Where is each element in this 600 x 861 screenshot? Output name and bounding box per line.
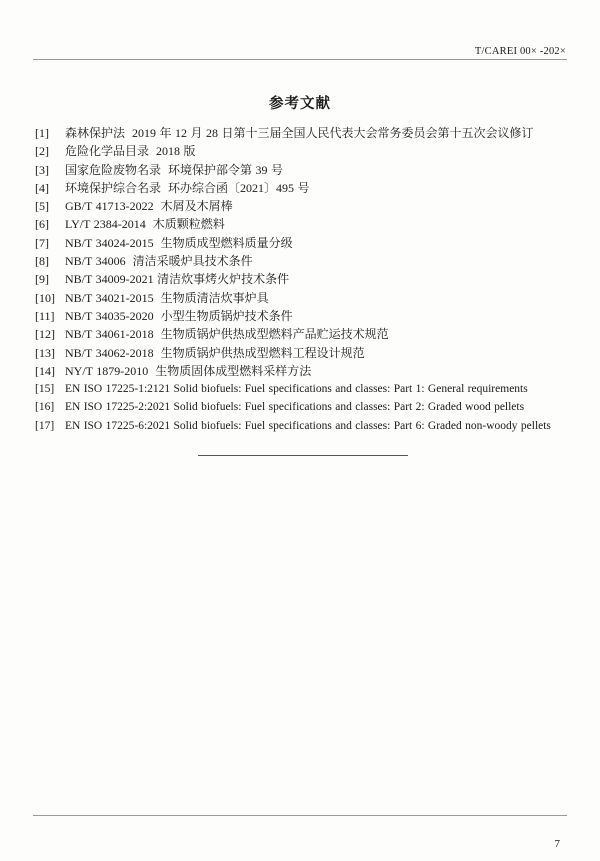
reference-text: EN ISO 17225-1:2121 Solid biofuels: Fuel… [65,383,528,395]
document-page: T/CAREI 00× -202× 参考文献 [1]森林保护法 2019 年 1… [0,0,600,861]
reference-item: [2]危险化学品目录 2018 版 [35,142,565,160]
page-title: 参考文献 [0,92,600,113]
reference-text: NB/T 34024-2015 生物质成型燃料质量分级 [65,236,293,250]
reference-item: [17]EN ISO 17225-6:2021 Solid biofuels: … [35,417,565,435]
reference-label: [2] [35,142,65,160]
reference-label: [15] [35,380,65,398]
reference-label: [7] [35,234,65,252]
reference-item: [11]NB/T 34035-2020 小型生物质锅炉技术条件 [35,307,565,325]
reference-text: NB/T 34006 清洁采暖炉具技术条件 [65,254,253,268]
reference-text: NY/T 1879-2010 生物质固体成型燃料采样方法 [65,364,311,378]
reference-item: [7]NB/T 34024-2015 生物质成型燃料质量分级 [35,234,565,252]
reference-item: [9]NB/T 34009-2021 清洁炊事烤火炉技术条件 [35,270,565,288]
reference-text: 森林保护法 2019 年 12 月 28 日第十三届全国人民代表大会常务委员会第… [65,126,534,140]
reference-item: [15]EN ISO 17225-1:2121 Solid biofuels: … [35,380,565,398]
reference-item: [1]森林保护法 2019 年 12 月 28 日第十三届全国人民代表大会常务委… [35,124,565,142]
reference-label: [12] [35,325,65,343]
reference-item: [10]NB/T 34021-2015 生物质清洁炊事炉具 [35,289,565,307]
footer-rule [33,815,567,816]
reference-list: [1]森林保护法 2019 年 12 月 28 日第十三届全国人民代表大会常务委… [35,124,565,435]
reference-label: [9] [35,270,65,288]
header-rule [33,59,567,60]
separator-rule [198,455,408,456]
reference-text: 环境保护综合名录 环办综合函〔2021〕495 号 [65,181,310,195]
reference-item: [12]NB/T 34061-2018 生物质锅炉供热成型燃料产品贮运技术规范 [35,325,565,343]
reference-text: NB/T 34021-2015 生物质清洁炊事炉具 [65,291,269,305]
reference-item: [6]LY/T 2384-2014 木质颗粒燃料 [35,215,565,233]
reference-text: NB/T 34009-2021 清洁炊事烤火炉技术条件 [65,272,289,286]
reference-label: [17] [35,417,65,435]
reference-label: [4] [35,179,65,197]
reference-label: [16] [35,398,65,416]
reference-label: [11] [35,307,65,325]
reference-label: [5] [35,197,65,215]
reference-label: [1] [35,124,65,142]
header-doc-code: T/CAREI 00× -202× [475,46,566,57]
reference-item: [4]环境保护综合名录 环办综合函〔2021〕495 号 [35,179,565,197]
reference-item: [8]NB/T 34006 清洁采暖炉具技术条件 [35,252,565,270]
reference-item: [16]EN ISO 17225-2:2021 Solid biofuels: … [35,398,565,416]
reference-label: [6] [35,215,65,233]
page-number: 7 [555,838,561,850]
reference-label: [10] [35,289,65,307]
reference-text: EN ISO 17225-6:2021 Solid biofuels: Fuel… [65,420,551,432]
reference-text: NB/T 34035-2020 小型生物质锅炉技术条件 [65,309,293,323]
reference-item: [13]NB/T 34062-2018 生物质锅炉供热成型燃料工程设计规范 [35,344,565,362]
reference-label: [14] [35,362,65,380]
reference-text: EN ISO 17225-2:2021 Solid biofuels: Fuel… [65,401,524,413]
reference-text: NB/T 34061-2018 生物质锅炉供热成型燃料产品贮运技术规范 [65,327,389,341]
reference-text: GB/T 41713-2022 木屑及木屑棒 [65,199,233,213]
reference-item: [14]NY/T 1879-2010 生物质固体成型燃料采样方法 [35,362,565,380]
reference-label: [3] [35,161,65,179]
reference-text: NB/T 34062-2018 生物质锅炉供热成型燃料工程设计规范 [65,346,365,360]
reference-text: LY/T 2384-2014 木质颗粒燃料 [65,217,225,231]
reference-text: 国家危险废物名录 环境保护部令第 39 号 [65,163,283,177]
reference-label: [8] [35,252,65,270]
reference-label: [13] [35,344,65,362]
reference-text: 危险化学品目录 2018 版 [65,144,196,158]
reference-item: [5]GB/T 41713-2022 木屑及木屑棒 [35,197,565,215]
reference-item: [3]国家危险废物名录 环境保护部令第 39 号 [35,161,565,179]
